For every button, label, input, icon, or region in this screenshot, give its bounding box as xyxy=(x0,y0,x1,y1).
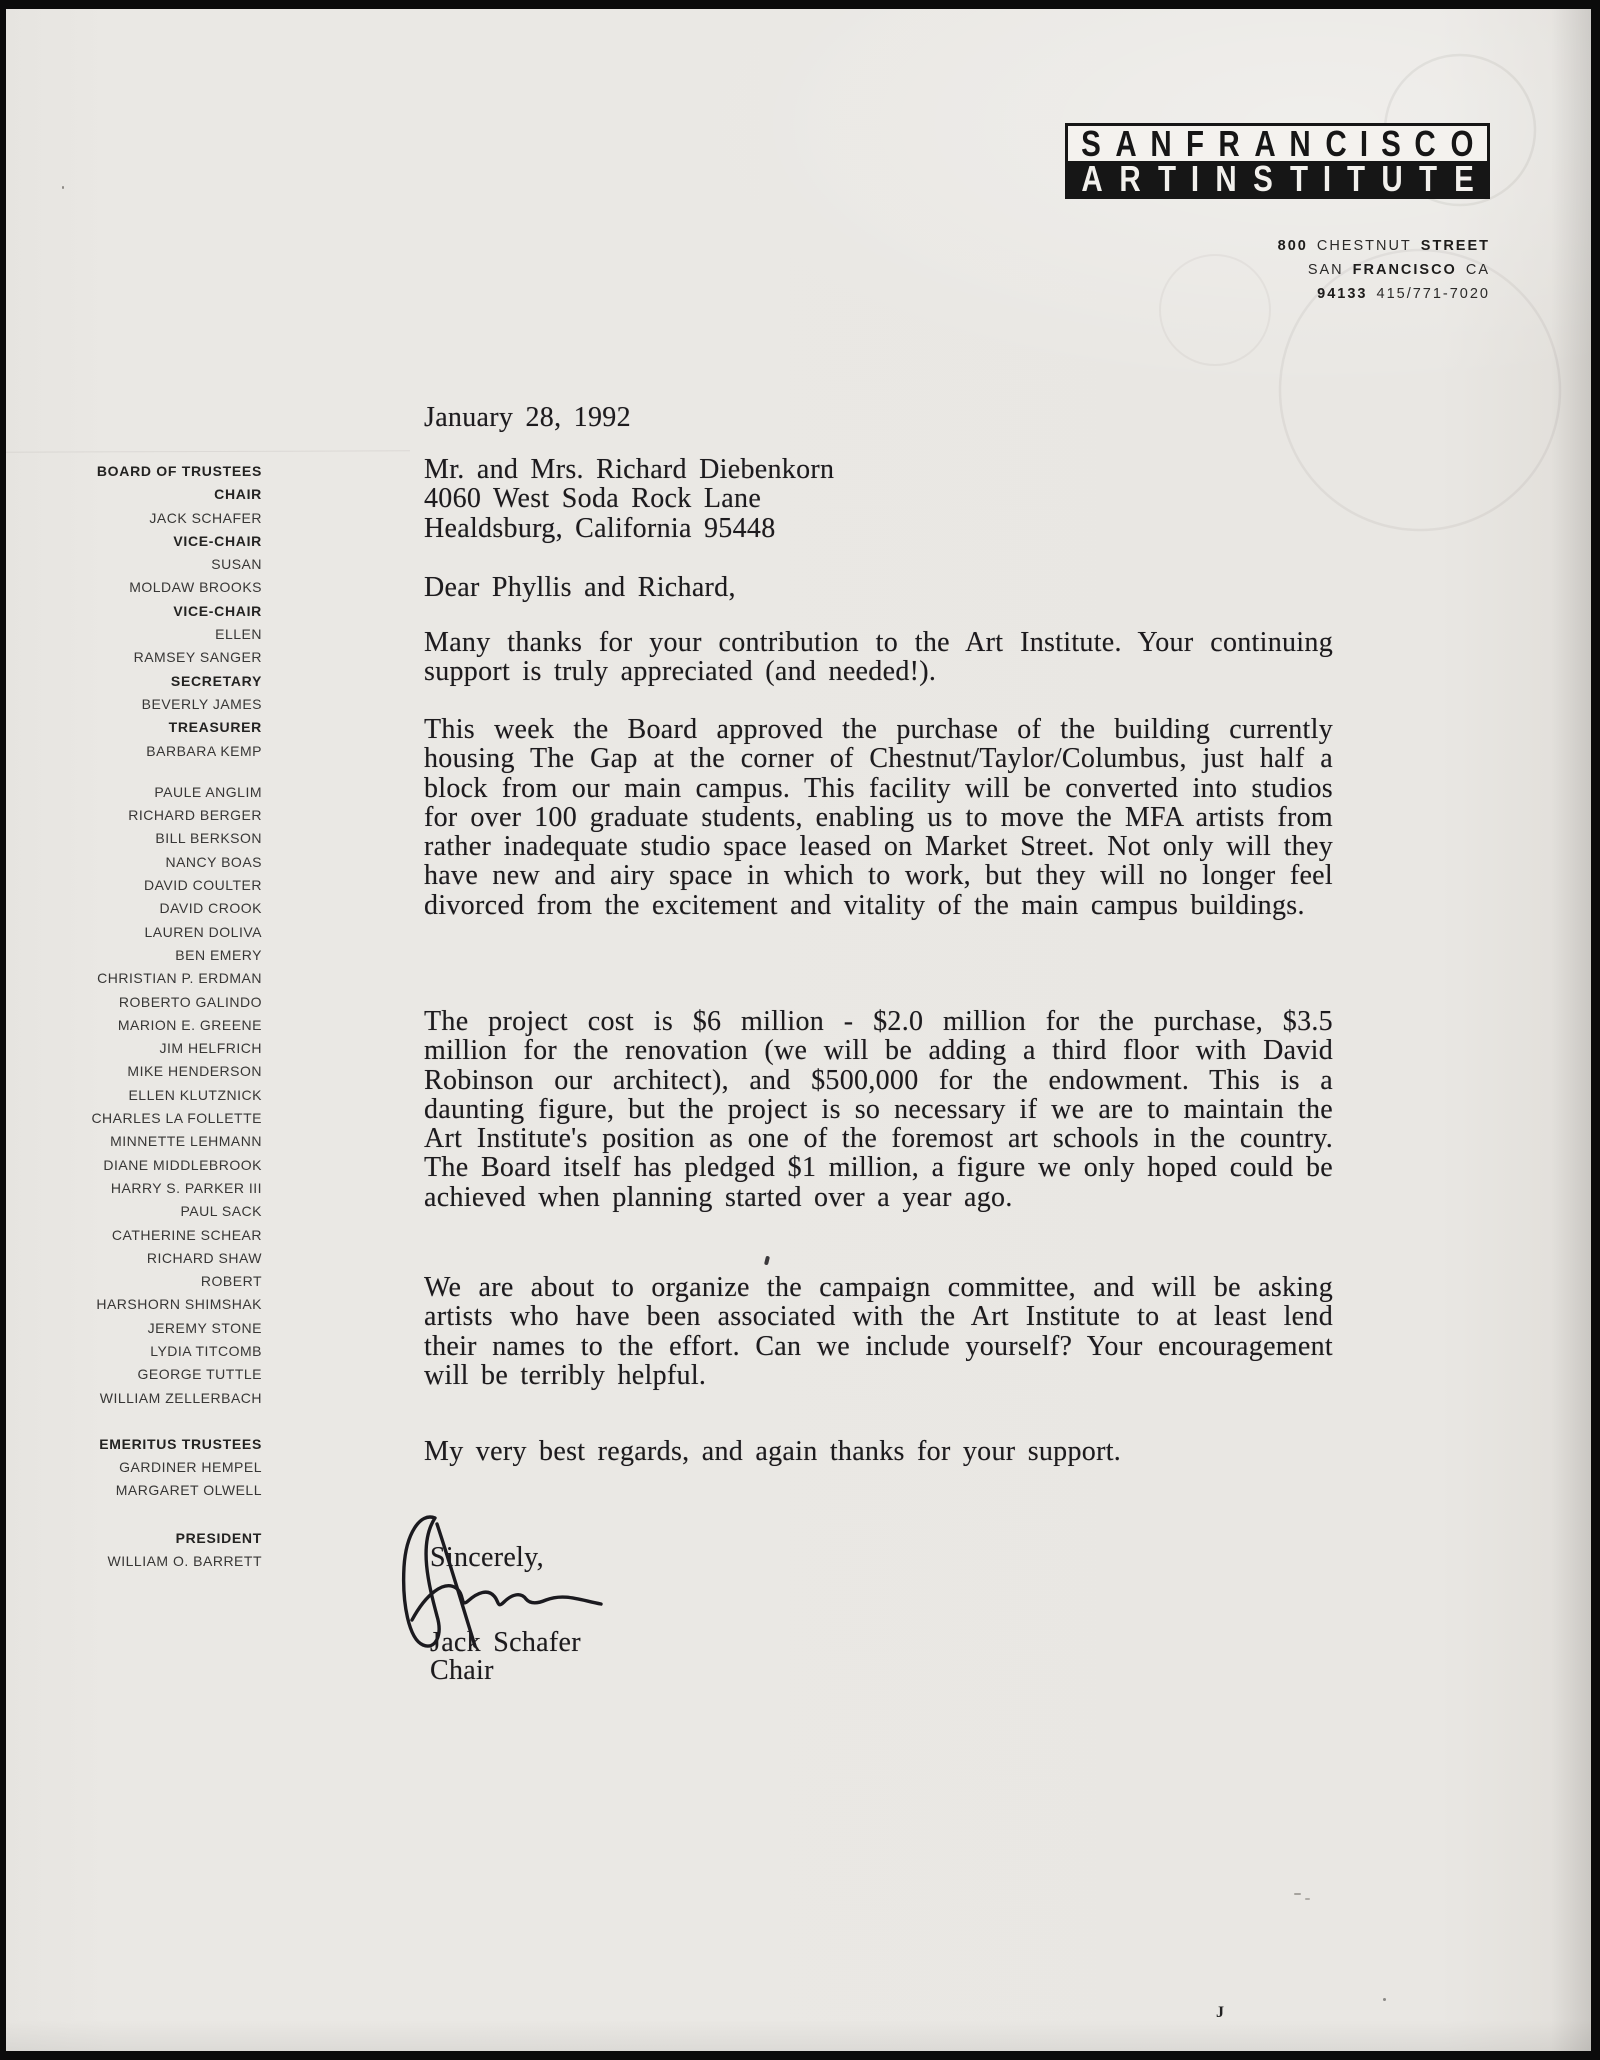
trustee-name: JIM HELFRICH xyxy=(40,1037,262,1060)
scan-edge-left xyxy=(0,0,6,2060)
sidebar-heading: SECRETARY xyxy=(40,670,262,693)
scan-speck xyxy=(62,186,64,189)
trustee-name: DAVID COULTER xyxy=(40,874,262,897)
fold-crease xyxy=(0,450,410,452)
logo-letter: O xyxy=(1450,126,1473,161)
logo-letter: I xyxy=(1191,161,1199,196)
trustee-name: PAUL SACK xyxy=(40,1200,262,1223)
trustee-name: BILL BERKSON xyxy=(40,827,262,850)
trustees-section: PRESIDENTWILLIAM O. BARRETT xyxy=(40,1527,262,1574)
logo-letter: I xyxy=(1360,126,1368,161)
recipient-address: Mr. and Mrs. Richard Diebenkorn 4060 Wes… xyxy=(424,455,1333,543)
scan-speck xyxy=(1305,1898,1310,1900)
scan-speck xyxy=(1294,1893,1301,1895)
logo-letter: S xyxy=(1081,126,1101,161)
logo-letter: N xyxy=(1215,161,1236,196)
sidebar-heading: EMERITUS TRUSTEES xyxy=(40,1433,262,1456)
trustee-name: ROBERT xyxy=(40,1270,262,1293)
sidebar-heading: TREASURER xyxy=(40,716,262,739)
trustee-name: ELLEN xyxy=(40,623,262,646)
trustees-section: EMERITUS TRUSTEESGARDINER HEMPELMARGARET… xyxy=(40,1433,262,1503)
scan-edge-bottom xyxy=(0,2051,1600,2060)
trustee-name: LYDIA TITCOMB xyxy=(40,1340,262,1363)
scan-edge-right xyxy=(1591,0,1600,2060)
address-part: FRANCISCO xyxy=(1353,262,1457,278)
logo-letter: C xyxy=(1325,126,1346,161)
address-part: 94133 xyxy=(1317,286,1367,302)
address-part: 800 xyxy=(1278,238,1308,254)
logo-line-art-institute: ARTINSTITUTE xyxy=(1068,161,1487,196)
address-part: 415/771-7020 xyxy=(1377,286,1491,302)
logo-letter: T xyxy=(1347,161,1365,196)
recipient-line: 4060 West Soda Rock Lane xyxy=(424,484,1333,513)
trustee-name: BEN EMERY xyxy=(40,944,262,967)
logo-line-san-francisco: SANFRANCISCO xyxy=(1068,126,1487,161)
logo-letter: F xyxy=(1186,126,1204,161)
trustees-section: PAULE ANGLIMRICHARD BERGERBILL BERKSONNA… xyxy=(40,781,262,1410)
trustee-name: HARSHORN SHIMSHAK xyxy=(40,1293,262,1316)
logo-letter: N xyxy=(1151,126,1172,161)
sidebar-heading: VICE-CHAIR xyxy=(40,600,262,623)
sidebar-heading: PRESIDENT xyxy=(40,1527,262,1550)
scan-speck xyxy=(1383,1998,1386,2001)
scanned-letter-page: SANFRANCISCO ARTINSTITUTE 800CHESTNUTSTR… xyxy=(0,0,1600,2060)
logo-letter: R xyxy=(1120,161,1141,196)
letter-paragraph: We are about to organize the campaign co… xyxy=(424,1273,1333,1390)
address-line: 94133415/771-7020 xyxy=(1065,282,1490,306)
logo-letter: A xyxy=(1254,126,1275,161)
logo-letter: T xyxy=(1158,161,1176,196)
trustee-name: SUSAN xyxy=(40,553,262,576)
logo-letter: N xyxy=(1290,126,1311,161)
logo-letter: A xyxy=(1115,126,1136,161)
letter-paragraph: The project cost is $6 million - $2.0 mi… xyxy=(424,1007,1333,1212)
address-part: SAN xyxy=(1308,262,1344,278)
closing: Sincerely, xyxy=(430,1543,1339,1572)
trustee-name: DAVID CROOK xyxy=(40,897,262,920)
trustee-name: CHARLES LA FOLLETTE xyxy=(40,1107,262,1130)
trustee-name: RICHARD BERGER xyxy=(40,804,262,827)
trustee-name: BARBARA KEMP xyxy=(40,740,262,763)
trustee-name: CHRISTIAN P. ERDMAN xyxy=(40,967,262,990)
trustee-name: ROBERTO GALINDO xyxy=(40,991,262,1014)
scan-speck xyxy=(764,1256,770,1266)
address-part: CA xyxy=(1466,262,1490,278)
trustees-section: BOARD OF TRUSTEESCHAIRJACK SCHAFERVICE-C… xyxy=(40,460,262,763)
address-line: SANFRANCISCOCA xyxy=(1065,258,1490,282)
logo-letter: T xyxy=(1419,161,1437,196)
logo-letter: I xyxy=(1323,161,1331,196)
recipient-line: Mr. and Mrs. Richard Diebenkorn xyxy=(424,455,1333,484)
sidebar-heading: CHAIR xyxy=(40,483,262,506)
scan-shadow xyxy=(1551,0,1591,2060)
sidebar-heading: BOARD OF TRUSTEES xyxy=(40,460,262,483)
scan-edge-top xyxy=(0,0,1600,9)
sidebar-heading: VICE-CHAIR xyxy=(40,530,262,553)
salutation: Dear Phyllis and Richard, xyxy=(424,573,1333,602)
trustee-name: MIKE HENDERSON xyxy=(40,1060,262,1083)
letterhead-logo: SANFRANCISCO ARTINSTITUTE xyxy=(1065,123,1490,199)
trustee-name: JACK SCHAFER xyxy=(40,507,262,530)
recipient-line: Healdsburg, California 95448 xyxy=(424,514,1333,543)
trustee-name: MINNETTE LEHMANN xyxy=(40,1130,262,1153)
logo-letter: T xyxy=(1290,161,1308,196)
trustee-name: HARRY S. PARKER III xyxy=(40,1177,262,1200)
signer-title: Chair xyxy=(430,1656,1339,1685)
scan-shadow xyxy=(0,2020,1600,2051)
trustee-name: NANCY BOAS xyxy=(40,851,262,874)
logo-letter: E xyxy=(1454,161,1474,196)
trustee-name: GEORGE TUTTLE xyxy=(40,1363,262,1386)
trustee-name: RAMSEY SANGER xyxy=(40,646,262,669)
logo-letter: A xyxy=(1081,161,1102,196)
letter-paragraph: Many thanks for your contribution to the… xyxy=(424,628,1333,687)
trustee-name: BEVERLY JAMES xyxy=(40,693,262,716)
trustee-name: LAUREN DOLIVA xyxy=(40,921,262,944)
logo-letter: U xyxy=(1381,161,1402,196)
address-line: 800CHESTNUTSTREET xyxy=(1065,234,1490,258)
trustee-name: MARION E. GREENE xyxy=(40,1014,262,1037)
trustee-name: WILLIAM ZELLERBACH xyxy=(40,1387,262,1410)
letter-date: January 28, 1992 xyxy=(424,403,1333,432)
letter-paragraph: My very best regards, and again thanks f… xyxy=(424,1437,1333,1466)
address-part: STREET xyxy=(1421,238,1490,254)
logo-letter: R xyxy=(1218,126,1239,161)
trustee-name: ELLEN KLUTZNICK xyxy=(40,1084,262,1107)
signer-name: Jack Schafer xyxy=(430,1628,1339,1657)
letterhead-address: 800CHESTNUTSTREETSANFRANCISCOCA94133415/… xyxy=(1065,234,1490,306)
letter-paragraph: This week the Board approved the purchas… xyxy=(424,715,1333,920)
trustee-name: GARDINER HEMPEL xyxy=(40,1456,262,1479)
trustee-name: RICHARD SHAW xyxy=(40,1247,262,1270)
logo-letter: C xyxy=(1415,126,1436,161)
logo-letter: S xyxy=(1381,126,1401,161)
trustee-name: CATHERINE SCHEAR xyxy=(40,1224,262,1247)
board-of-trustees-sidebar: BOARD OF TRUSTEESCHAIRJACK SCHAFERVICE-C… xyxy=(40,460,262,1573)
address-part: CHESTNUT xyxy=(1317,238,1412,254)
trustee-name: MARGARET OLWELL xyxy=(40,1479,262,1502)
trustee-name: MOLDAW BROOKS xyxy=(40,576,262,599)
trustee-name: PAULE ANGLIM xyxy=(40,781,262,804)
trustee-name: JEREMY STONE xyxy=(40,1317,262,1340)
logo-letter: S xyxy=(1253,161,1273,196)
trustee-name: DIANE MIDDLEBROOK xyxy=(40,1154,262,1177)
trustee-name: WILLIAM O. BARRETT xyxy=(40,1550,262,1573)
